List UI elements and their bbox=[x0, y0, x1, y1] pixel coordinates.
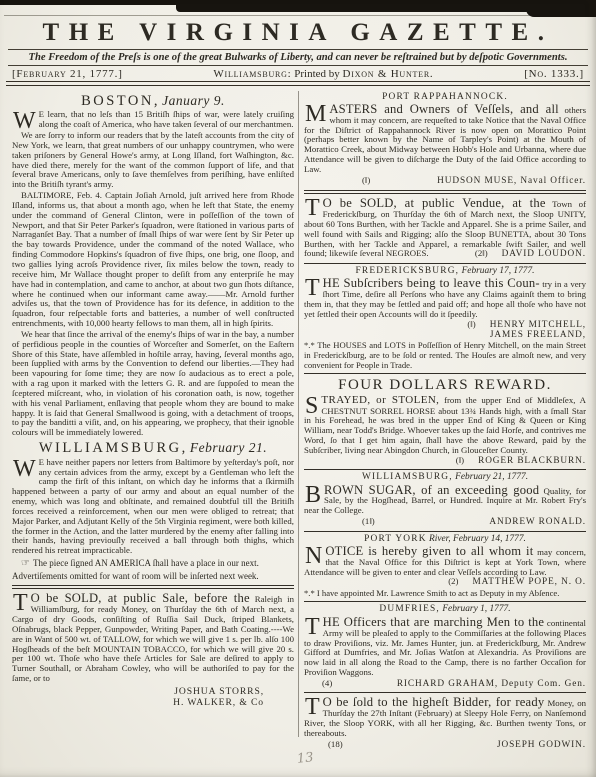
boston-date: January 9. bbox=[162, 93, 225, 108]
date: River, February 14, 1777. bbox=[429, 534, 526, 544]
masthead-double-rule bbox=[6, 81, 590, 86]
reference-mark: (1‖) bbox=[362, 517, 375, 527]
rappahannock-signature-row: (‖) HUDSON MUSE, Naval Officer. bbox=[304, 176, 586, 186]
section-rule bbox=[304, 601, 586, 602]
issue-number: [No. 1333.] bbox=[524, 68, 584, 80]
date: February 17, 1777. bbox=[462, 266, 535, 276]
fredericksburg-headline: FREDERICKSBURG, February 17, 1777. bbox=[304, 267, 586, 276]
vendue-ad: TO be SOLD, at public Vendue, at the Tow… bbox=[304, 197, 586, 260]
drop-cap: T bbox=[12, 592, 31, 612]
dateline: [February 21, 1777.] Williamsburg: Print… bbox=[12, 68, 584, 80]
signature: JOSHUA STORRS, bbox=[12, 686, 264, 698]
newspaper-title: THE VIRGINIA GAZETTE. bbox=[0, 19, 596, 47]
rappahannock-headline: PORT RAPPAHANNOCK. bbox=[304, 93, 586, 102]
williamsburg-date: February 21. bbox=[190, 440, 267, 455]
drop-cap: T bbox=[304, 197, 323, 217]
imprint: Williamsburg: Printed by Dixon & Hunter. bbox=[213, 68, 433, 80]
port-name: PORT RAPPAHANNOCK. bbox=[382, 92, 508, 102]
place: DUMFRIES, bbox=[379, 604, 440, 614]
williamsburg-headline: WILLIAMSBURG, February 21. bbox=[12, 441, 294, 456]
section-rule bbox=[304, 692, 586, 693]
section-rule bbox=[304, 469, 586, 470]
signature: ANDREW RONALD. bbox=[489, 517, 586, 527]
officers-notice: THE Officers that are marching Men to th… bbox=[304, 616, 586, 678]
boston-headline: BOSTON, January 9. bbox=[12, 94, 294, 109]
brown-sugar-ad: BROWN SUGAR, of an exceeding good Qualit… bbox=[304, 484, 586, 517]
subscribers-ad: THE Subſcribers being to leave this Coun… bbox=[304, 277, 586, 340]
pointing-hand-icon: ☞ bbox=[21, 558, 30, 569]
drop-cap: W bbox=[12, 458, 39, 478]
reference-mark: (‖) bbox=[456, 456, 464, 466]
eastern-shore-paragraph: We hear that ſince the arrival of the en… bbox=[12, 330, 294, 438]
masthead-top-rule bbox=[4, 15, 592, 16]
signature: RICHARD GRAHAM, Deputy Com. Gen. bbox=[397, 679, 586, 689]
rappahannock-notice: MASTERS and Owners of Veſſels, and all o… bbox=[304, 103, 586, 175]
section-rule bbox=[12, 585, 294, 589]
signature: JAMES FREELAND, bbox=[490, 330, 586, 340]
drop-cap: T bbox=[304, 277, 323, 297]
bidder-signature-row: (18) JOSEPH GODWIN. bbox=[304, 740, 586, 750]
column-left: BOSTON, January 9. WE learn, that no leſ… bbox=[7, 91, 299, 709]
date: February 21, 1777. bbox=[455, 472, 528, 482]
vendue-signature: (2‖)DAVID LOUDON. bbox=[475, 249, 586, 259]
signature: HENRY MITCHELL, bbox=[490, 320, 586, 330]
editor-notice-1: ☞The piece ſigned AN AMERICA ſhall have … bbox=[12, 558, 294, 569]
reference-mark: (2) bbox=[448, 577, 458, 587]
drop-cap: T bbox=[304, 616, 323, 636]
signature: H. WALKER, & Co bbox=[12, 697, 264, 709]
issue-date: [February 21, 1777.] bbox=[12, 68, 123, 80]
section-rule bbox=[304, 190, 586, 194]
signature: ROGER BLACKBURN. bbox=[478, 456, 586, 466]
sale-ad-signatures: JOSHUA STORRS, H. WALKER, & Co bbox=[12, 686, 294, 709]
ad-text: others whom it may concern, are requeſte… bbox=[304, 105, 586, 174]
deputy-footnote: *.* I have appointed Mr. Lawrence Smith … bbox=[304, 589, 586, 599]
masthead: THE VIRGINIA GAZETTE. The Freedom of the… bbox=[0, 0, 596, 86]
subscribers-signatures: (‖)HENRY MITCHELL,JAMES FREELAND, bbox=[467, 320, 586, 341]
imprint-printed-by: Printed by bbox=[294, 68, 340, 80]
column-right: PORT RAPPAHANNOCK. MASTERS and Owners of… bbox=[299, 91, 591, 752]
notice-text: The piece ſigned AN AMERICA ſhall have a… bbox=[33, 558, 259, 568]
drop-cap: S bbox=[304, 395, 321, 415]
dumfries-signature-row: (4) RICHARD GRAHAM, Deputy Com. Gen. bbox=[304, 679, 586, 689]
signature: DAVID LOUDON. bbox=[502, 249, 586, 259]
drop-cap: W bbox=[12, 110, 39, 130]
place: PORT YORK bbox=[364, 534, 427, 544]
masthead-rule-1 bbox=[8, 49, 588, 50]
boston-paragraph-1: WE learn, that no leſs than 15 Britiſh ſ… bbox=[12, 110, 294, 130]
drop-cap: T bbox=[304, 696, 323, 716]
sugar-signature-row: (1‖) ANDREW RONALD. bbox=[304, 517, 586, 527]
reference-mark: (‖) bbox=[467, 320, 475, 330]
signature: JOSEPH GODWIN. bbox=[497, 740, 586, 750]
place: FREDERICKSBURG, bbox=[356, 266, 460, 276]
williamsburg-paragraph: WE have neither papers nor letters from … bbox=[12, 458, 294, 556]
reward-headline: FOUR DOLLARS REWARD. bbox=[304, 378, 586, 393]
boston-place: BOSTON, bbox=[81, 93, 160, 109]
newspaper-page: THE VIRGINIA GAZETTE. The Freedom of the… bbox=[0, 0, 596, 777]
dumfries-headline: DUMFRIES, February 1, 1777. bbox=[304, 605, 586, 614]
signature: HUDSON MUSE, Naval Officer. bbox=[437, 176, 586, 186]
ad-text: continental Army will be pleaſed to appl… bbox=[304, 618, 586, 677]
ad-text: Raleigh in Williamſburg, for ready Money… bbox=[12, 594, 294, 683]
reference-mark: (4) bbox=[322, 679, 332, 689]
reference-mark: (‖) bbox=[362, 176, 370, 186]
ad-opening: TRAYED, or STOLEN, bbox=[321, 394, 439, 406]
paragraph-text: E learn, that no leſs than 15 Britiſh ſh… bbox=[39, 109, 294, 129]
paragraph-text: E have neither papers nor letters from B… bbox=[12, 457, 294, 556]
highest-bidder-ad: TO be ſold to the higheſt Bidder, for re… bbox=[304, 696, 586, 738]
public-sale-ad: TO be SOLD, at public Sale, before the R… bbox=[12, 592, 294, 684]
strayed-ad: STRAYED, or STOLEN, from the upper End o… bbox=[304, 395, 586, 466]
date: February 1, 1777. bbox=[442, 604, 510, 614]
sugar-headline: WILLIAMSBURG, February 21, 1777. bbox=[304, 473, 586, 482]
williamsburg-place: WILLIAMSBURG, bbox=[39, 440, 188, 456]
reward-signature: (‖)ROGER BLACKBURN. bbox=[456, 456, 586, 466]
reference-mark: (18) bbox=[328, 740, 343, 750]
imprint-place: Williamsburg: bbox=[213, 68, 291, 80]
drop-cap: M bbox=[304, 103, 329, 123]
editor-notice-2: Advertiſements omitted for want of room … bbox=[12, 571, 294, 581]
section-rule bbox=[304, 531, 586, 532]
masthead-motto: The Freedom of the Preſs is one of the g… bbox=[6, 52, 590, 63]
section-rule bbox=[304, 373, 586, 374]
place: WILLIAMSBURG, bbox=[362, 472, 453, 482]
masthead-rule-2 bbox=[8, 65, 588, 66]
signature-stack: HENRY MITCHELL,JAMES FREELAND, bbox=[490, 320, 586, 341]
port-york-headline: PORT YORK River, February 14, 1777. bbox=[304, 535, 586, 544]
naval-office-notice: NOTICE is hereby given to all whom it ma… bbox=[304, 545, 586, 588]
drop-cap: B bbox=[304, 484, 324, 504]
boston-paragraph-2: We are ſorry to inform our readers that … bbox=[12, 131, 294, 190]
signature: MATTHEW POPE, N. O. bbox=[472, 577, 586, 587]
column-divider bbox=[298, 91, 299, 738]
baltimore-paragraph: BALTIMORE, Feb. 4. Captain Joſiah Arnold… bbox=[12, 191, 294, 329]
houses-footnote: *.* The HOUSES and LOTS in Poſſeſſion of… bbox=[304, 341, 586, 370]
section-rule bbox=[304, 263, 586, 264]
scan-edge-corner bbox=[526, 0, 596, 17]
page-body: BOSTON, January 9. WE learn, that no leſ… bbox=[0, 89, 596, 752]
handwritten-page-number: 13 bbox=[296, 750, 314, 767]
drop-cap: N bbox=[304, 545, 325, 565]
reference-mark: (2‖) bbox=[475, 249, 488, 259]
imprint-printers: Dixon & Hunter. bbox=[343, 68, 434, 80]
notice-signature: (2)MATTHEW POPE, N. O. bbox=[448, 577, 586, 587]
